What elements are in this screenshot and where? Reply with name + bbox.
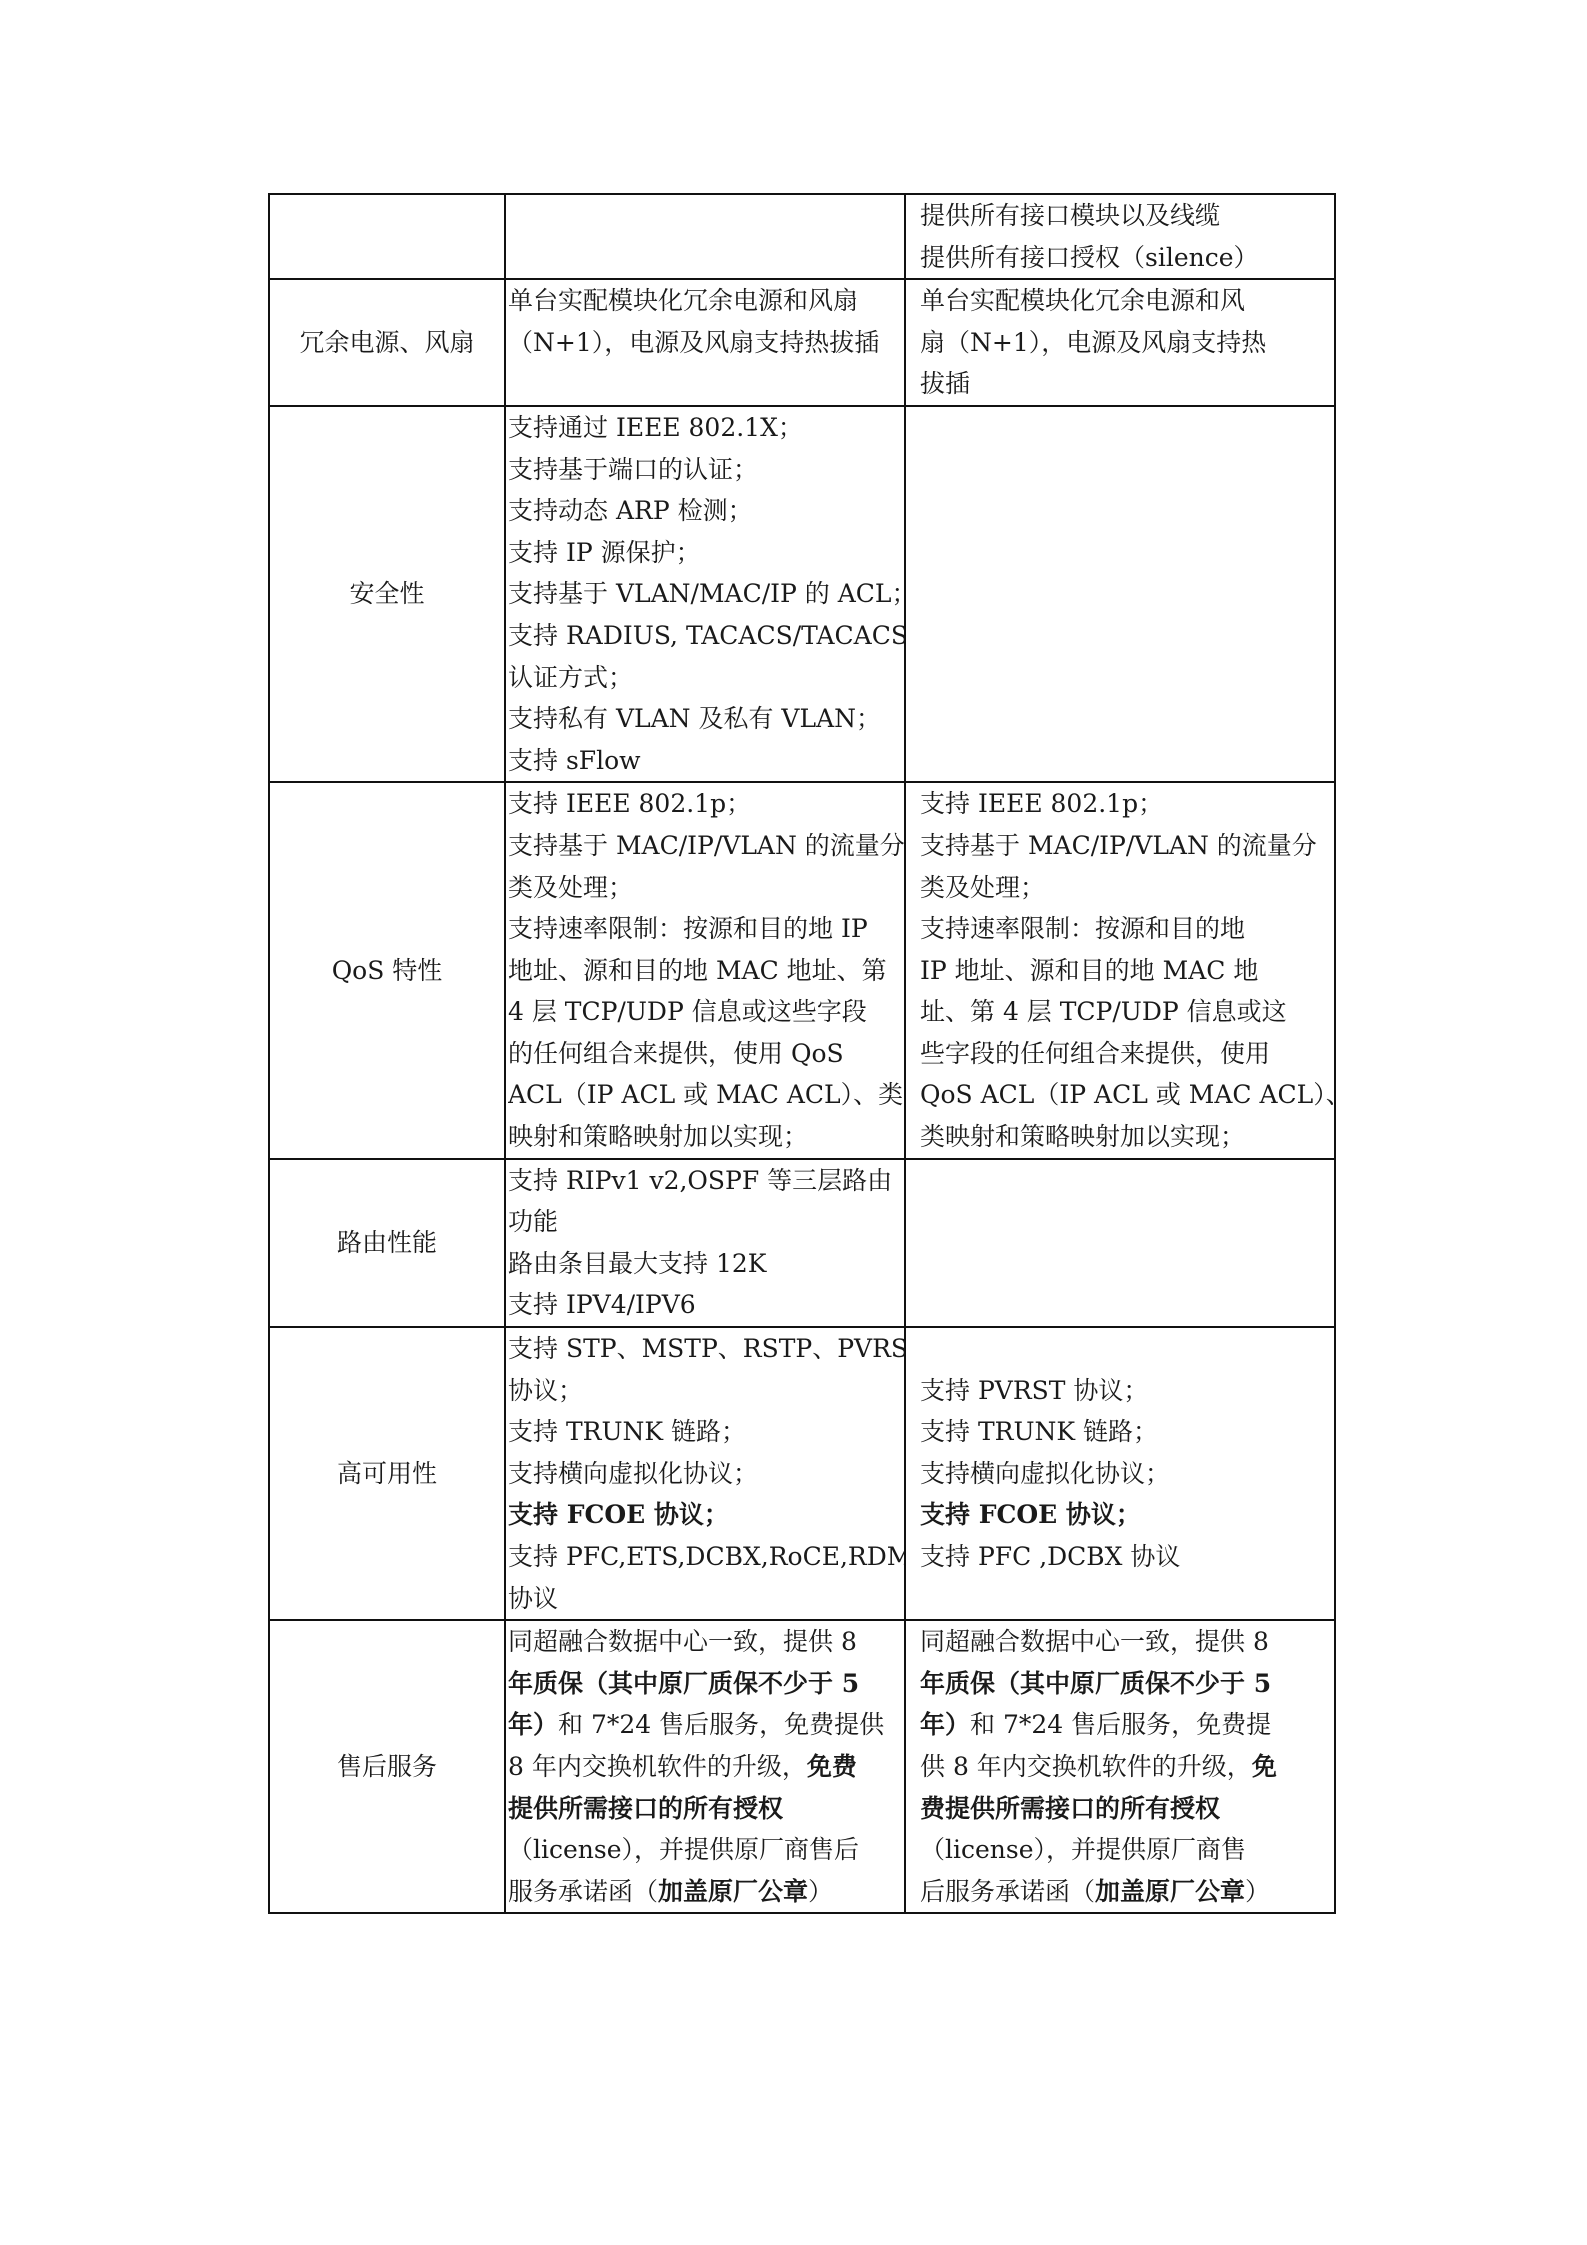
spec-cell-requirement: 同超融合数据中心一致，提供 8 年质保（其中原厂质保不少于 5 年）和 7*24… <box>505 1620 905 1913</box>
cell-line: 支持 TRUNK 链路； <box>920 1411 1334 1453</box>
cell-line: 拔插 <box>920 363 1334 405</box>
cell-line: 映射和策略映射加以实现； <box>508 1116 904 1158</box>
cell-line: 支持 IPV4/IPV6 <box>508 1284 904 1326</box>
cell-line: 支持基于 MAC/IP/VLAN 的流量分 <box>920 825 1334 867</box>
cell-line: 同超融合数据中心一致，提供 8 <box>920 1621 1334 1663</box>
spec-table: 提供所有接口模块以及线缆 提供所有接口授权（silence） 冗余电源、风扇 单… <box>268 193 1336 1914</box>
row-label: 冗余电源、风扇 <box>269 279 505 406</box>
cell-line: 认证方式； <box>508 657 904 699</box>
row-label <box>269 194 505 279</box>
cell-line: 类及处理； <box>920 867 1334 909</box>
cell-line: 支持基于 VLAN/MAC/IP 的 ACL； <box>508 573 904 615</box>
spec-cell-offer: 提供所有接口模块以及线缆 提供所有接口授权（silence） <box>905 194 1335 279</box>
cell-line: ACL（IP ACL 或 MAC ACL）、类 <box>508 1074 904 1116</box>
text-run-bold: 费提供所需接口的所有授权 <box>920 1794 1220 1823</box>
cell-line: （license），并提供原厂商售后 <box>508 1829 904 1871</box>
spec-cell-requirement: 支持 IEEE 802.1p； 支持基于 MAC/IP/VLAN 的流量分 类及… <box>505 782 905 1158</box>
cell-line: 供 8 年内交换机软件的升级，免 <box>920 1746 1334 1788</box>
spec-cell-requirement <box>505 194 905 279</box>
row-label: QoS 特性 <box>269 782 505 1158</box>
table-row: QoS 特性 支持 IEEE 802.1p； 支持基于 MAC/IP/VLAN … <box>269 782 1335 1158</box>
text-run: 8 年内交换机软件的升级， <box>508 1752 807 1781</box>
text-run-bold: 年） <box>508 1710 558 1739</box>
text-run-bold: 年） <box>920 1710 970 1739</box>
spec-cell-requirement: 支持通过 IEEE 802.1X； 支持基于端口的认证； 支持动态 ARP 检测… <box>505 406 905 782</box>
text-run-bold: 免费 <box>807 1752 857 1781</box>
cell-line: 类及处理； <box>508 867 904 909</box>
text-run: 服务承诺函（ <box>508 1877 658 1906</box>
cell-line: 协议 <box>508 1578 904 1620</box>
text-run-bold: 提供所需接口的所有授权 <box>508 1794 783 1823</box>
cell-line: 支持私有 VLAN 及私有 VLAN； <box>508 698 904 740</box>
cell-line-bold: 支持 FCOE 协议； <box>508 1494 904 1536</box>
cell-line: 单台实配模块化冗余电源和风 <box>920 280 1334 322</box>
spec-cell-offer: 支持 IEEE 802.1p； 支持基于 MAC/IP/VLAN 的流量分 类及… <box>905 782 1335 1158</box>
table-row: 安全性 支持通过 IEEE 802.1X； 支持基于端口的认证； 支持动态 AR… <box>269 406 1335 782</box>
cell-line: 支持 PFC ,DCBX 协议 <box>920 1536 1334 1578</box>
spec-cell-offer: 同超融合数据中心一致，提供 8 年质保（其中原厂质保不少于 5 年）和 7*24… <box>905 1620 1335 1913</box>
cell-line: 4 层 TCP/UDP 信息或这些字段 <box>508 991 904 1033</box>
text-run-bold: 加盖原厂公章 <box>658 1877 808 1906</box>
text-run: 供 8 年内交换机软件的升级， <box>920 1752 1252 1781</box>
text-run: （license），并提供原厂商售后 <box>508 1835 859 1864</box>
cell-line: 支持基于 MAC/IP/VLAN 的流量分 <box>508 825 904 867</box>
cell-line: 扇（N+1），电源及风扇支持热 <box>920 322 1334 364</box>
cell-line: 支持 PVRST 协议； <box>920 1370 1334 1412</box>
cell-line: 年质保（其中原厂质保不少于 5 <box>508 1663 904 1705</box>
cell-line: 后服务承诺函（加盖原厂公章） <box>920 1871 1334 1913</box>
table-row: 冗余电源、风扇 单台实配模块化冗余电源和风扇 （N+1），电源及风扇支持热拔插 … <box>269 279 1335 406</box>
cell-line: 支持 TRUNK 链路； <box>508 1411 904 1453</box>
cell-line: 同超融合数据中心一致，提供 8 <box>508 1621 904 1663</box>
cell-line: 支持 RIPv1 v2,OSPF 等三层路由 <box>508 1160 904 1202</box>
cell-line: 单台实配模块化冗余电源和风扇 <box>508 280 904 322</box>
cell-line: 功能 <box>508 1201 904 1243</box>
cell-line: 支持 sFlow <box>508 740 904 782</box>
spec-cell-offer: 单台实配模块化冗余电源和风 扇（N+1），电源及风扇支持热 拔插 <box>905 279 1335 406</box>
table-row: 高可用性 支持 STP、MSTP、RSTP、PVRST 等 协议； 支持 TRU… <box>269 1327 1335 1620</box>
cell-line: （N+1），电源及风扇支持热拔插 <box>508 322 904 364</box>
cell-line: 年质保（其中原厂质保不少于 5 <box>920 1663 1334 1705</box>
cell-line: 支持通过 IEEE 802.1X； <box>508 407 904 449</box>
row-label: 售后服务 <box>269 1620 505 1913</box>
cell-line: 费提供所需接口的所有授权 <box>920 1788 1334 1830</box>
spec-cell-offer <box>905 406 1335 782</box>
text-run: ） <box>808 1877 833 1906</box>
cell-line: 协议； <box>508 1370 904 1412</box>
row-label: 安全性 <box>269 406 505 782</box>
table-row: 提供所有接口模块以及线缆 提供所有接口授权（silence） <box>269 194 1335 279</box>
table-row: 路由性能 支持 RIPv1 v2,OSPF 等三层路由 功能 路由条目最大支持 … <box>269 1159 1335 1327</box>
cell-line: IP 地址、源和目的地 MAC 地 <box>920 950 1334 992</box>
cell-line: 支持 IEEE 802.1p； <box>508 783 904 825</box>
text-run: （license），并提供原厂商售 <box>920 1835 1246 1864</box>
text-run: 后服务承诺函（ <box>920 1877 1095 1906</box>
cell-line: 支持基于端口的认证； <box>508 449 904 491</box>
text-run-bold: 年质保（其中原厂质保不少于 5 <box>508 1669 859 1698</box>
cell-line: 支持速率限制：按源和目的地 IP <box>508 908 904 950</box>
text-run: 同超融合数据中心一致，提供 8 <box>508 1627 857 1656</box>
cell-line: 服务承诺函（加盖原厂公章） <box>508 1871 904 1913</box>
cell-line: 类映射和策略映射加以实现； <box>920 1116 1334 1158</box>
cell-line: QoS ACL（IP ACL 或 MAC ACL）、 <box>920 1074 1334 1116</box>
cell-line: 的任何组合来提供，使用 QoS <box>508 1033 904 1075</box>
cell-line: 支持 IEEE 802.1p； <box>920 783 1334 825</box>
cell-line: 支持 IP 源保护； <box>508 532 904 574</box>
spec-cell-requirement: 支持 RIPv1 v2,OSPF 等三层路由 功能 路由条目最大支持 12K 支… <box>505 1159 905 1327</box>
cell-line: 支持速率限制：按源和目的地 <box>920 908 1334 950</box>
cell-line: 支持横向虚拟化协议； <box>920 1453 1334 1495</box>
text-run: 和 7*24 售后服务，免费提供 <box>558 1710 884 1739</box>
cell-line: 提供所需接口的所有授权 <box>508 1788 904 1830</box>
cell-line: 些字段的任何组合来提供，使用 <box>920 1033 1334 1075</box>
cell-line: 支持 STP、MSTP、RSTP、PVRST 等 <box>508 1328 904 1370</box>
spec-cell-offer <box>905 1159 1335 1327</box>
text-run-bold: 加盖原厂公章 <box>1095 1877 1245 1906</box>
cell-line: 提供所有接口授权（silence） <box>920 237 1334 279</box>
text-run: ） <box>1245 1877 1270 1906</box>
cell-line: （license），并提供原厂商售 <box>920 1829 1334 1871</box>
cell-line: 址、第 4 层 TCP/UDP 信息或这 <box>920 991 1334 1033</box>
cell-line: 年）和 7*24 售后服务，免费提供 <box>508 1704 904 1746</box>
text-run-bold: 年质保（其中原厂质保不少于 5 <box>920 1669 1271 1698</box>
cell-line: 支持 PFC,ETS,DCBX,RoCE,RDMA <box>508 1536 904 1578</box>
spec-cell-offer: 支持 PVRST 协议； 支持 TRUNK 链路； 支持横向虚拟化协议； 支持 … <box>905 1327 1335 1620</box>
cell-line: 路由条目最大支持 12K <box>508 1243 904 1285</box>
cell-line-bold: 支持 FCOE 协议； <box>920 1494 1334 1536</box>
row-label: 路由性能 <box>269 1159 505 1327</box>
text-run: 同超融合数据中心一致，提供 8 <box>920 1627 1269 1656</box>
cell-line: 提供所有接口模块以及线缆 <box>920 195 1334 237</box>
spec-cell-requirement: 单台实配模块化冗余电源和风扇 （N+1），电源及风扇支持热拔插 <box>505 279 905 406</box>
cell-line: 地址、源和目的地 MAC 地址、第 <box>508 950 904 992</box>
text-run: 和 7*24 售后服务，免费提 <box>970 1710 1271 1739</box>
row-label: 高可用性 <box>269 1327 505 1620</box>
text-run-bold: 免 <box>1252 1752 1277 1781</box>
cell-line: 支持横向虚拟化协议； <box>508 1453 904 1495</box>
cell-line: 支持 RADIUS, TACACS/TACACS+等 <box>508 615 904 657</box>
spec-cell-requirement: 支持 STP、MSTP、RSTP、PVRST 等 协议； 支持 TRUNK 链路… <box>505 1327 905 1620</box>
table-row: 售后服务 同超融合数据中心一致，提供 8 年质保（其中原厂质保不少于 5 年）和… <box>269 1620 1335 1913</box>
cell-line: 年）和 7*24 售后服务，免费提 <box>920 1704 1334 1746</box>
cell-line: 支持动态 ARP 检测； <box>508 490 904 532</box>
cell-line: 8 年内交换机软件的升级，免费 <box>508 1746 904 1788</box>
